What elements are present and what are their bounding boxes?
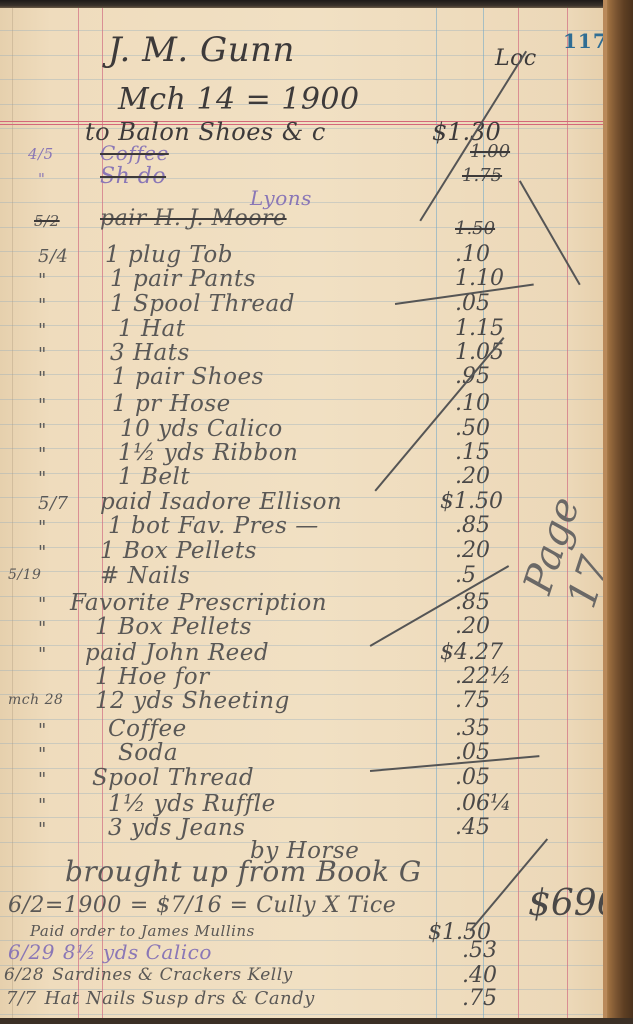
margin-rule-outer xyxy=(12,8,13,1024)
ruled-line xyxy=(0,301,603,302)
book-binding xyxy=(603,0,633,1024)
struck-entry-description: Coffee xyxy=(100,141,169,165)
later-entry: Paid order to James Mullins xyxy=(30,922,255,940)
entry-date: " xyxy=(38,644,47,665)
entry-description: paid Isadore Ellison xyxy=(100,489,342,515)
later-entry-description: Sardines & Crackers Kelly xyxy=(52,965,293,985)
ruled-line xyxy=(0,325,603,326)
struck-entry-date: " xyxy=(38,170,45,188)
entry-amount: $4.27 xyxy=(440,640,503,665)
ruled-line xyxy=(0,743,603,744)
entry-description: 1 Hat xyxy=(118,316,185,342)
entry-date: " xyxy=(38,295,47,316)
entry-amount: .05 xyxy=(455,765,490,790)
ruled-line xyxy=(0,793,603,794)
ruled-line xyxy=(0,350,603,351)
later-entry-date: 6/2=1900 xyxy=(8,893,122,918)
entry-description: Coffee xyxy=(108,716,187,742)
entry-description: 1 Box Pellets xyxy=(95,614,252,640)
entry-date: " xyxy=(38,720,47,741)
entry-amount: .20 xyxy=(455,464,490,489)
ruled-line xyxy=(0,817,603,818)
ruled-line xyxy=(0,620,603,621)
ledger-page: 117 J. M. Gunn Loc Mch 14 = 1900 to Balo… xyxy=(0,0,633,1024)
later-entry-amount: .40 xyxy=(462,963,497,988)
ruled-line xyxy=(0,571,603,572)
entry-date: " xyxy=(38,594,47,615)
entry-amount: .35 xyxy=(455,716,490,741)
entry-amount: .75 xyxy=(455,688,490,713)
later-entry: 7/7Hat Nails Susp drs & Candy xyxy=(6,988,315,1009)
ruled-line xyxy=(0,424,603,425)
ruled-line xyxy=(0,694,603,695)
entry-description: 10 yds Calico xyxy=(120,416,283,442)
entry-date: 5/4 xyxy=(38,246,68,267)
later-entry-description: 8½ yds Calico xyxy=(63,940,212,964)
ruled-line xyxy=(0,473,603,474)
later-entry-description: Paid order to James Mullins xyxy=(30,922,255,940)
entry-description: 3 Hats xyxy=(110,340,190,366)
struck-entry-amount: 1.75 xyxy=(462,165,502,186)
entry-date: " xyxy=(38,744,47,765)
struck-entry-description: Sh do xyxy=(100,164,166,189)
entry-amount: .22½ xyxy=(455,664,511,689)
ruled-line xyxy=(0,227,603,228)
entry-description: 1½ yds Ribbon xyxy=(118,440,298,466)
entry-description: 1 Hoe for xyxy=(95,664,210,690)
entry-description: # Nails xyxy=(100,563,190,589)
later-entry-description: = $7/16 = Cully X Tice xyxy=(130,893,396,918)
ruled-line xyxy=(0,719,603,720)
entry-date: " xyxy=(38,517,47,538)
entry-date: " xyxy=(38,618,47,639)
entry-description: Spool Thread xyxy=(92,765,254,791)
entry-amount: 1.15 xyxy=(455,316,504,341)
struck-entry-date: 5/2 xyxy=(34,212,60,230)
ruled-line xyxy=(0,768,603,769)
entry-description: 1 pair Shoes xyxy=(112,364,264,390)
entry-amount: .20 xyxy=(455,538,490,563)
struck-entry-date: 4/5 xyxy=(28,145,54,163)
entry-description: 1 Box Pellets xyxy=(100,538,257,564)
later-entry-date: 7/7 xyxy=(6,988,36,1009)
later-entry: 6/28Sardines & Crackers Kelly xyxy=(4,965,293,985)
ruled-line xyxy=(0,547,603,548)
entry-description: 1 Spool Thread xyxy=(110,291,295,317)
entry-amount: .10 xyxy=(455,391,490,416)
entry-date: " xyxy=(38,444,47,465)
later-entry: 6/298½ yds Calico xyxy=(8,940,212,964)
entry-description: paid John Reed xyxy=(85,640,269,666)
entry-date: " xyxy=(38,368,47,389)
book-bottom-edge xyxy=(0,1018,633,1024)
ruled-line xyxy=(0,374,603,375)
entry-description: 3 yds Jeans xyxy=(108,815,245,841)
entry-description: Favorite Prescription xyxy=(70,590,327,616)
entry-date: 5/19 xyxy=(8,567,41,583)
entry-date: mch 28 xyxy=(8,692,63,708)
entry-date: " xyxy=(38,819,47,840)
ruled-line xyxy=(0,448,603,449)
header-date: Mch 14 = 1900 xyxy=(118,82,360,117)
ruled-line xyxy=(0,1014,603,1015)
carry-forward-text: brought up from Book G xyxy=(65,855,422,888)
entry-date: " xyxy=(38,420,47,441)
later-entry-description: Hat Nails Susp drs & Candy xyxy=(44,988,314,1009)
account-name: J. M. Gunn xyxy=(108,30,295,70)
later-entry: 6/2=1900= $7/16 = Cully X Tice xyxy=(8,893,396,918)
struck-entry-amount: 1.50 xyxy=(455,218,495,239)
later-entry-amount: .53 xyxy=(462,938,497,963)
entry-amount: $1.50 xyxy=(440,489,503,514)
ruled-line xyxy=(0,891,603,892)
ruled-line xyxy=(0,30,603,31)
ruled-line xyxy=(0,153,603,154)
entry-date: " xyxy=(38,344,47,365)
entry-description: 1 pair Pants xyxy=(110,266,256,292)
entry-description: 1 Belt xyxy=(118,464,190,490)
entry-description: 1 bot Fav. Pres — xyxy=(108,513,319,539)
entry-date: " xyxy=(38,320,47,341)
pencil-sweep-stroke xyxy=(519,180,580,285)
entry-amount: .50 xyxy=(455,416,490,441)
entry-description: 1 pr Hose xyxy=(112,391,231,417)
entry-description: 1 plug Tob xyxy=(105,242,233,268)
entry-amount: .85 xyxy=(455,513,490,538)
later-entry-date: 6/29 xyxy=(8,940,55,964)
ruled-line xyxy=(0,178,603,179)
dollars-column-rule xyxy=(436,8,437,1024)
entry-amount: 1.10 xyxy=(455,266,504,291)
struck-entry-amount: 1.00 xyxy=(470,141,510,162)
entry-description: 12 yds Sheeting xyxy=(95,688,290,714)
ruled-line xyxy=(0,251,603,252)
entry-amount: .06¼ xyxy=(455,791,511,816)
entry-amount: .10 xyxy=(455,242,490,267)
later-entry-date: 6/28 xyxy=(4,965,44,985)
entry-date: " xyxy=(38,395,47,416)
entry-description: Soda xyxy=(118,740,178,766)
entry-amount: .45 xyxy=(455,815,490,840)
entry-description: 1½ yds Ruffle xyxy=(108,791,276,817)
entry-date: " xyxy=(38,769,47,790)
entry-amount: .20 xyxy=(455,614,490,639)
ruled-line xyxy=(0,276,603,277)
later-entry-amount: .75 xyxy=(462,986,497,1011)
entry-date: 5/7 xyxy=(38,493,68,514)
ruled-line xyxy=(0,399,603,400)
entry-date: " xyxy=(38,542,47,563)
entry-date: " xyxy=(38,795,47,816)
page-number: 117 xyxy=(563,29,608,53)
entry-amount: .15 xyxy=(455,440,490,465)
entry-date: " xyxy=(38,270,47,291)
ruled-line xyxy=(0,670,603,671)
struck-entry-description: pair H. J. Moore xyxy=(100,206,287,231)
entry-date: " xyxy=(38,468,47,489)
ruled-line xyxy=(0,79,603,80)
book-top-edge xyxy=(0,0,633,8)
entry-amount: .95 xyxy=(455,364,490,389)
